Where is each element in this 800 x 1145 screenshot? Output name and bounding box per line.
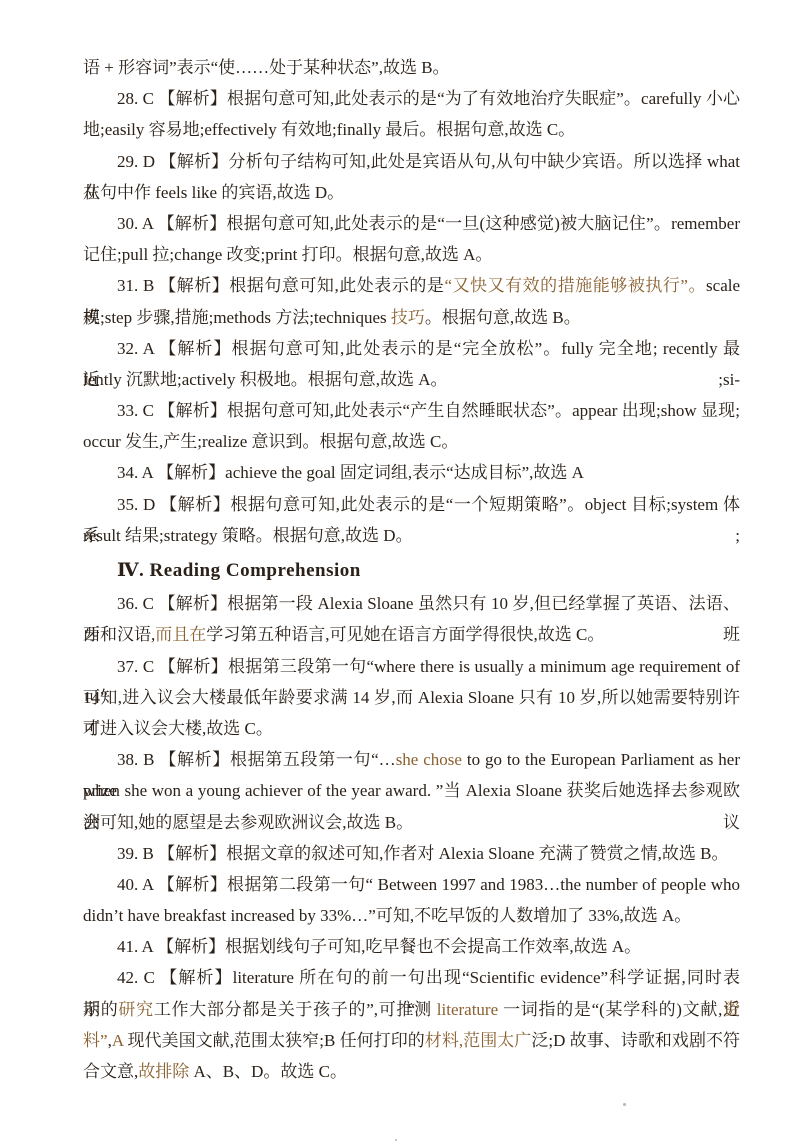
text-run: 工作大部分都是关于孩子的”,可推测 <box>154 1000 437 1019</box>
text-run: 会可知,她的愿望是去参观欧洲议会,故选 B。 <box>83 813 413 832</box>
text-line: 34. A 【解析】achieve the goal 固定词组,表示“达成目标”… <box>83 457 740 488</box>
text-line: 才进入议会大楼,故选 C。 <box>83 713 740 744</box>
text-run: 28. C 【解析】根据句意可知,此处表示的是“为了有效地治疗失眠症”。care… <box>117 89 740 108</box>
faded-text-run: 而且在 <box>155 625 206 644</box>
faded-text-run: 料” <box>83 1031 108 1050</box>
faded-text-run: 研究 <box>118 1000 153 1019</box>
text-run: 才进入议会大楼,故选 C。 <box>83 719 273 738</box>
faded-text-run: she chose <box>396 750 462 769</box>
text-run: 从句中作 feels like 的宾语,故选 D。 <box>83 183 344 202</box>
document-page: 语 + 形容词”表示“使……处于某种状态”,故选 B。28. C 【解析】根据句… <box>0 0 800 1145</box>
text-run: 。根据句意,故选 B。 <box>425 308 581 327</box>
text-run: 40. A 【解析】根据第二段第一句“ Between 1997 and 198… <box>117 875 740 894</box>
scan-speck <box>623 1103 626 1106</box>
text-run: 41. A 【解析】根据划线句子可知,吃早餐也不会提高工作效率,故选 A。 <box>117 937 641 956</box>
text-line: 31. B 【解析】根据句意可知,此处表示的是“又快又有效的措施能够被执行”。s… <box>83 270 740 301</box>
text-run: 地;easily 容易地;effectively 有效地;finally 最后。… <box>83 120 575 139</box>
faded-text-run: 资 <box>722 1000 740 1019</box>
text-run: 语 + 形容词”表示“使……处于某种状态”,故选 B。 <box>83 58 450 77</box>
text-line: didn’t have breakfast increased by 33%…”… <box>83 900 740 931</box>
text-run: 模;step 步骤,措施;methods 方法;techniques <box>83 308 391 327</box>
faded-text-run: 故排除 <box>138 1062 189 1081</box>
text-line: 36. C 【解析】根据第一段 Alexia Sloane 虽然只有 10 岁,… <box>83 588 740 619</box>
text-run: lently 沉默地;actively 积极地。根据句意,故选 A。 <box>83 370 448 389</box>
text-line: 29. D 【解析】分析句子结构可知,此处是宾语从句,从句中缺少宾语。所以选择 … <box>83 146 740 177</box>
text-run: 期的 <box>83 1000 118 1019</box>
text-line: 39. B 【解析】根据文章的叙述可知,作者对 Alexia Sloane 充满… <box>83 838 740 869</box>
text-run: 现代美国文献,范围太狭窄;B 任何打印的 <box>123 1031 425 1050</box>
faded-text-run: 技巧 <box>391 308 425 327</box>
text-run: 牙和汉语, <box>83 625 155 644</box>
faded-text-run: A <box>112 1031 123 1050</box>
text-line: occur 发生,产生;realize 意识到。根据句意,故选 C。 <box>83 426 740 457</box>
faded-text-run: “又快又有效的措施能够被执行”。 <box>444 276 706 295</box>
text-run: 记住;pull 拉;change 改变;print 打印。根据句意,故选 A。 <box>83 245 492 264</box>
text-run: 38. B 【解析】根据第五段第一句“… <box>117 750 396 769</box>
text-run: 30. A 【解析】根据句意可知,此处表示的是“一旦(这种感觉)被大脑记住”。r… <box>117 214 740 233</box>
text-run: A、B、D。故选 C。 <box>189 1062 347 1081</box>
text-run: 合文意, <box>83 1062 138 1081</box>
text-line: 41. A 【解析】根据划线句子可知,吃早餐也不会提高工作效率,故选 A。 <box>83 931 740 962</box>
text-run: 一词指的是“(某学科的)文献, <box>498 1000 722 1019</box>
text-line: 期的研究工作大部分都是关于孩子的”,可推测 literature 一词指的是“(… <box>83 994 740 1025</box>
text-line: 从句中作 feels like 的宾语,故选 D。 <box>83 177 740 208</box>
text-run: 33. C 【解析】根据句意可知,此处表示“产生自然睡眠状态”。appear 出… <box>117 401 740 420</box>
text-line: 地;easily 容易地;effectively 有效地;finally 最后。… <box>83 114 740 145</box>
text-run: result 结果;strategy 策略。根据句意,故选 D。 <box>83 526 413 545</box>
text-line: 28. C 【解析】根据句意可知,此处表示的是“为了有效地治疗失眠症”。care… <box>83 83 740 114</box>
text-run: Ⅳ. Reading Comprehension <box>117 560 361 581</box>
text-line: 可知,进入议会大楼最低年龄要求满 14 岁,而 Alexia Sloane 只有… <box>83 682 740 713</box>
text-line: 32. A 【解析】根据句意可知,此处表示的是“完全放松”。fully 完全地;… <box>83 333 740 364</box>
text-line: when she won a young achiever of the yea… <box>83 775 740 806</box>
text-line: 记住;pull 拉;change 改变;print 打印。根据句意,故选 A。 <box>83 239 740 270</box>
text-run: didn’t have breakfast increased by 33%…”… <box>83 906 691 925</box>
text-line: 42. C 【解析】literature 所在句的前一句出现“Scientifi… <box>83 962 740 993</box>
text-line: 33. C 【解析】根据句意可知,此处表示“产生自然睡眠状态”。appear 出… <box>83 395 740 426</box>
text-run: 34. A 【解析】achieve the goal 固定词组,表示“达成目标”… <box>117 463 584 482</box>
text-run: 学习第五种语言,可见她在语言方面学得很快,故选 C。 <box>206 625 604 644</box>
text-line: 35. D 【解析】根据句意可知,此处表示的是“一个短期策略”。object 目… <box>83 489 740 520</box>
text-run: 39. B 【解析】根据文章的叙述可知,作者对 Alexia Sloane 充满… <box>117 844 729 863</box>
faded-text-run: 材料,范围太广 <box>425 1031 532 1050</box>
text-line: 40. A 【解析】根据第二段第一句“ Between 1997 and 198… <box>83 869 740 900</box>
text-run: occur 发生,产生;realize 意识到。根据句意,故选 C。 <box>83 432 458 451</box>
text-line: 料”,A 现代美国文献,范围太狭窄;B 任何打印的材料,范围太广泛;D 故事、诗… <box>83 1025 740 1056</box>
text-line: 30. A 【解析】根据句意可知,此处表示的是“一旦(这种感觉)被大脑记住”。r… <box>83 208 740 239</box>
text-run: 31. B 【解析】根据句意可知,此处表示的是 <box>117 276 444 295</box>
faded-text-run: literature <box>437 1000 498 1019</box>
text-run: 泛;D 故事、诗歌和戏剧不符 <box>531 1031 740 1050</box>
section-header: Ⅳ. Reading Comprehension <box>83 555 740 586</box>
scan-speck <box>395 1139 397 1141</box>
text-line: 模;step 步骤,措施;methods 方法;techniques 技巧。根据… <box>83 302 740 333</box>
text-line: 合文意,故排除 A、B、D。故选 C。 <box>83 1056 740 1087</box>
text-line: 38. B 【解析】根据第五段第一句“…she chose to go to t… <box>83 744 740 775</box>
text-line: 37. C 【解析】根据第三段第一句“where there is usuall… <box>83 651 740 682</box>
text-line: 语 + 形容词”表示“使……处于某种状态”,故选 B。 <box>83 52 740 83</box>
